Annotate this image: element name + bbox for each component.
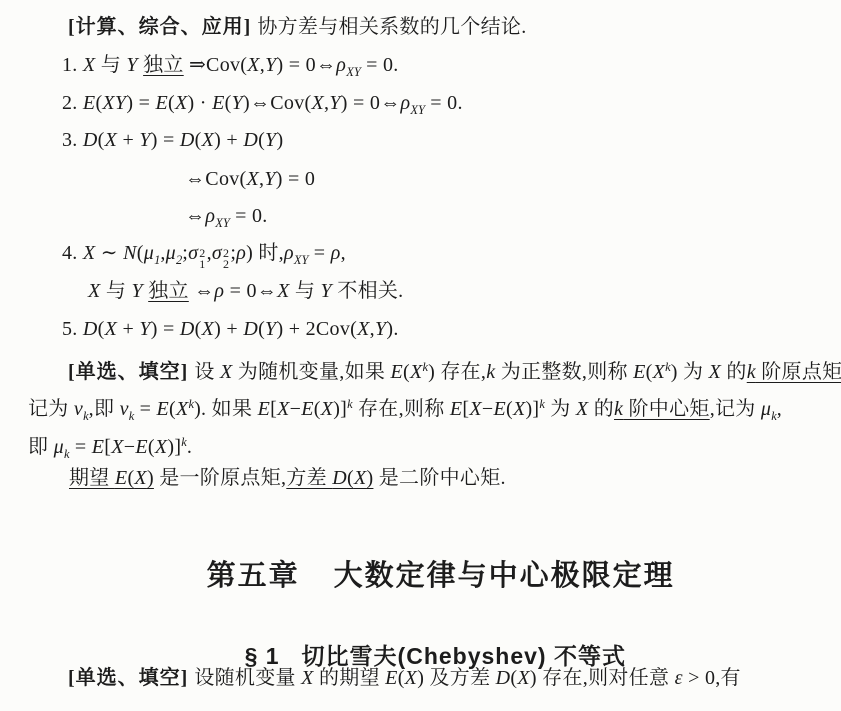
moments-para-line1: [单选、填空] 设 X 为随机变量,如果 E(Xk) 存在,k 为正整数,则称 … <box>68 354 841 385</box>
conclusion-3-line1: 3. D(X + Y) = D(X) + D(Y) <box>62 127 283 153</box>
moments-summary-line: 期望 E(X) 是一阶原点矩,方差 D(X) 是二阶中心矩. <box>69 465 506 491</box>
conclusion-3-line2: ⇔Cov(X,Y) = 0 <box>185 166 315 192</box>
intro-line: [计算、综合、应用] 协方差与相关系数的几个结论. <box>68 14 527 40</box>
conclusion-4-line2: X 与 Y 独立 ⇔ρ = 0⇔X 与 Y 不相关. <box>88 278 403 304</box>
conclusion-3-line3: ⇔ρXY = 0. <box>185 203 268 236</box>
chapter-number: 第五章 <box>207 560 300 592</box>
textbook-page: [计算、综合、应用] 协方差与相关系数的几个结论. 1. X 与 Y 独立 ⇒C… <box>0 0 841 711</box>
conclusion-2: 2. E(XY) = E(X) · E(Y)⇔Cov(X,Y) = 0⇔ρXY … <box>62 90 463 123</box>
moments-para-line2: 记为 vk,即 vk = E(Xk). 如果 E[X−E(X)]k 存在,则称 … <box>28 391 782 429</box>
conclusion-4-line1: 4. X ∼ N(μ1,μ2;σ21,σ22;ρ) 时,ρXY = ρ, <box>62 240 346 273</box>
moments-para-line3: 即 μk = E[X−E(X)]k. <box>28 429 192 467</box>
conclusion-1: 1. X 与 Y 独立 ⇒Cov(X,Y) = 0⇔ρXY = 0. <box>62 52 399 85</box>
chebyshev-intro-line: [单选、填空] 设随机变量 X 的期望 E(X) 及方差 D(X) 存在,则对任… <box>68 665 741 691</box>
chapter-title: 大数定律与中心极限定理 <box>334 560 675 592</box>
conclusion-5: 5. D(X + Y) = D(X) + D(Y) + 2Cov(X,Y). <box>62 316 399 342</box>
